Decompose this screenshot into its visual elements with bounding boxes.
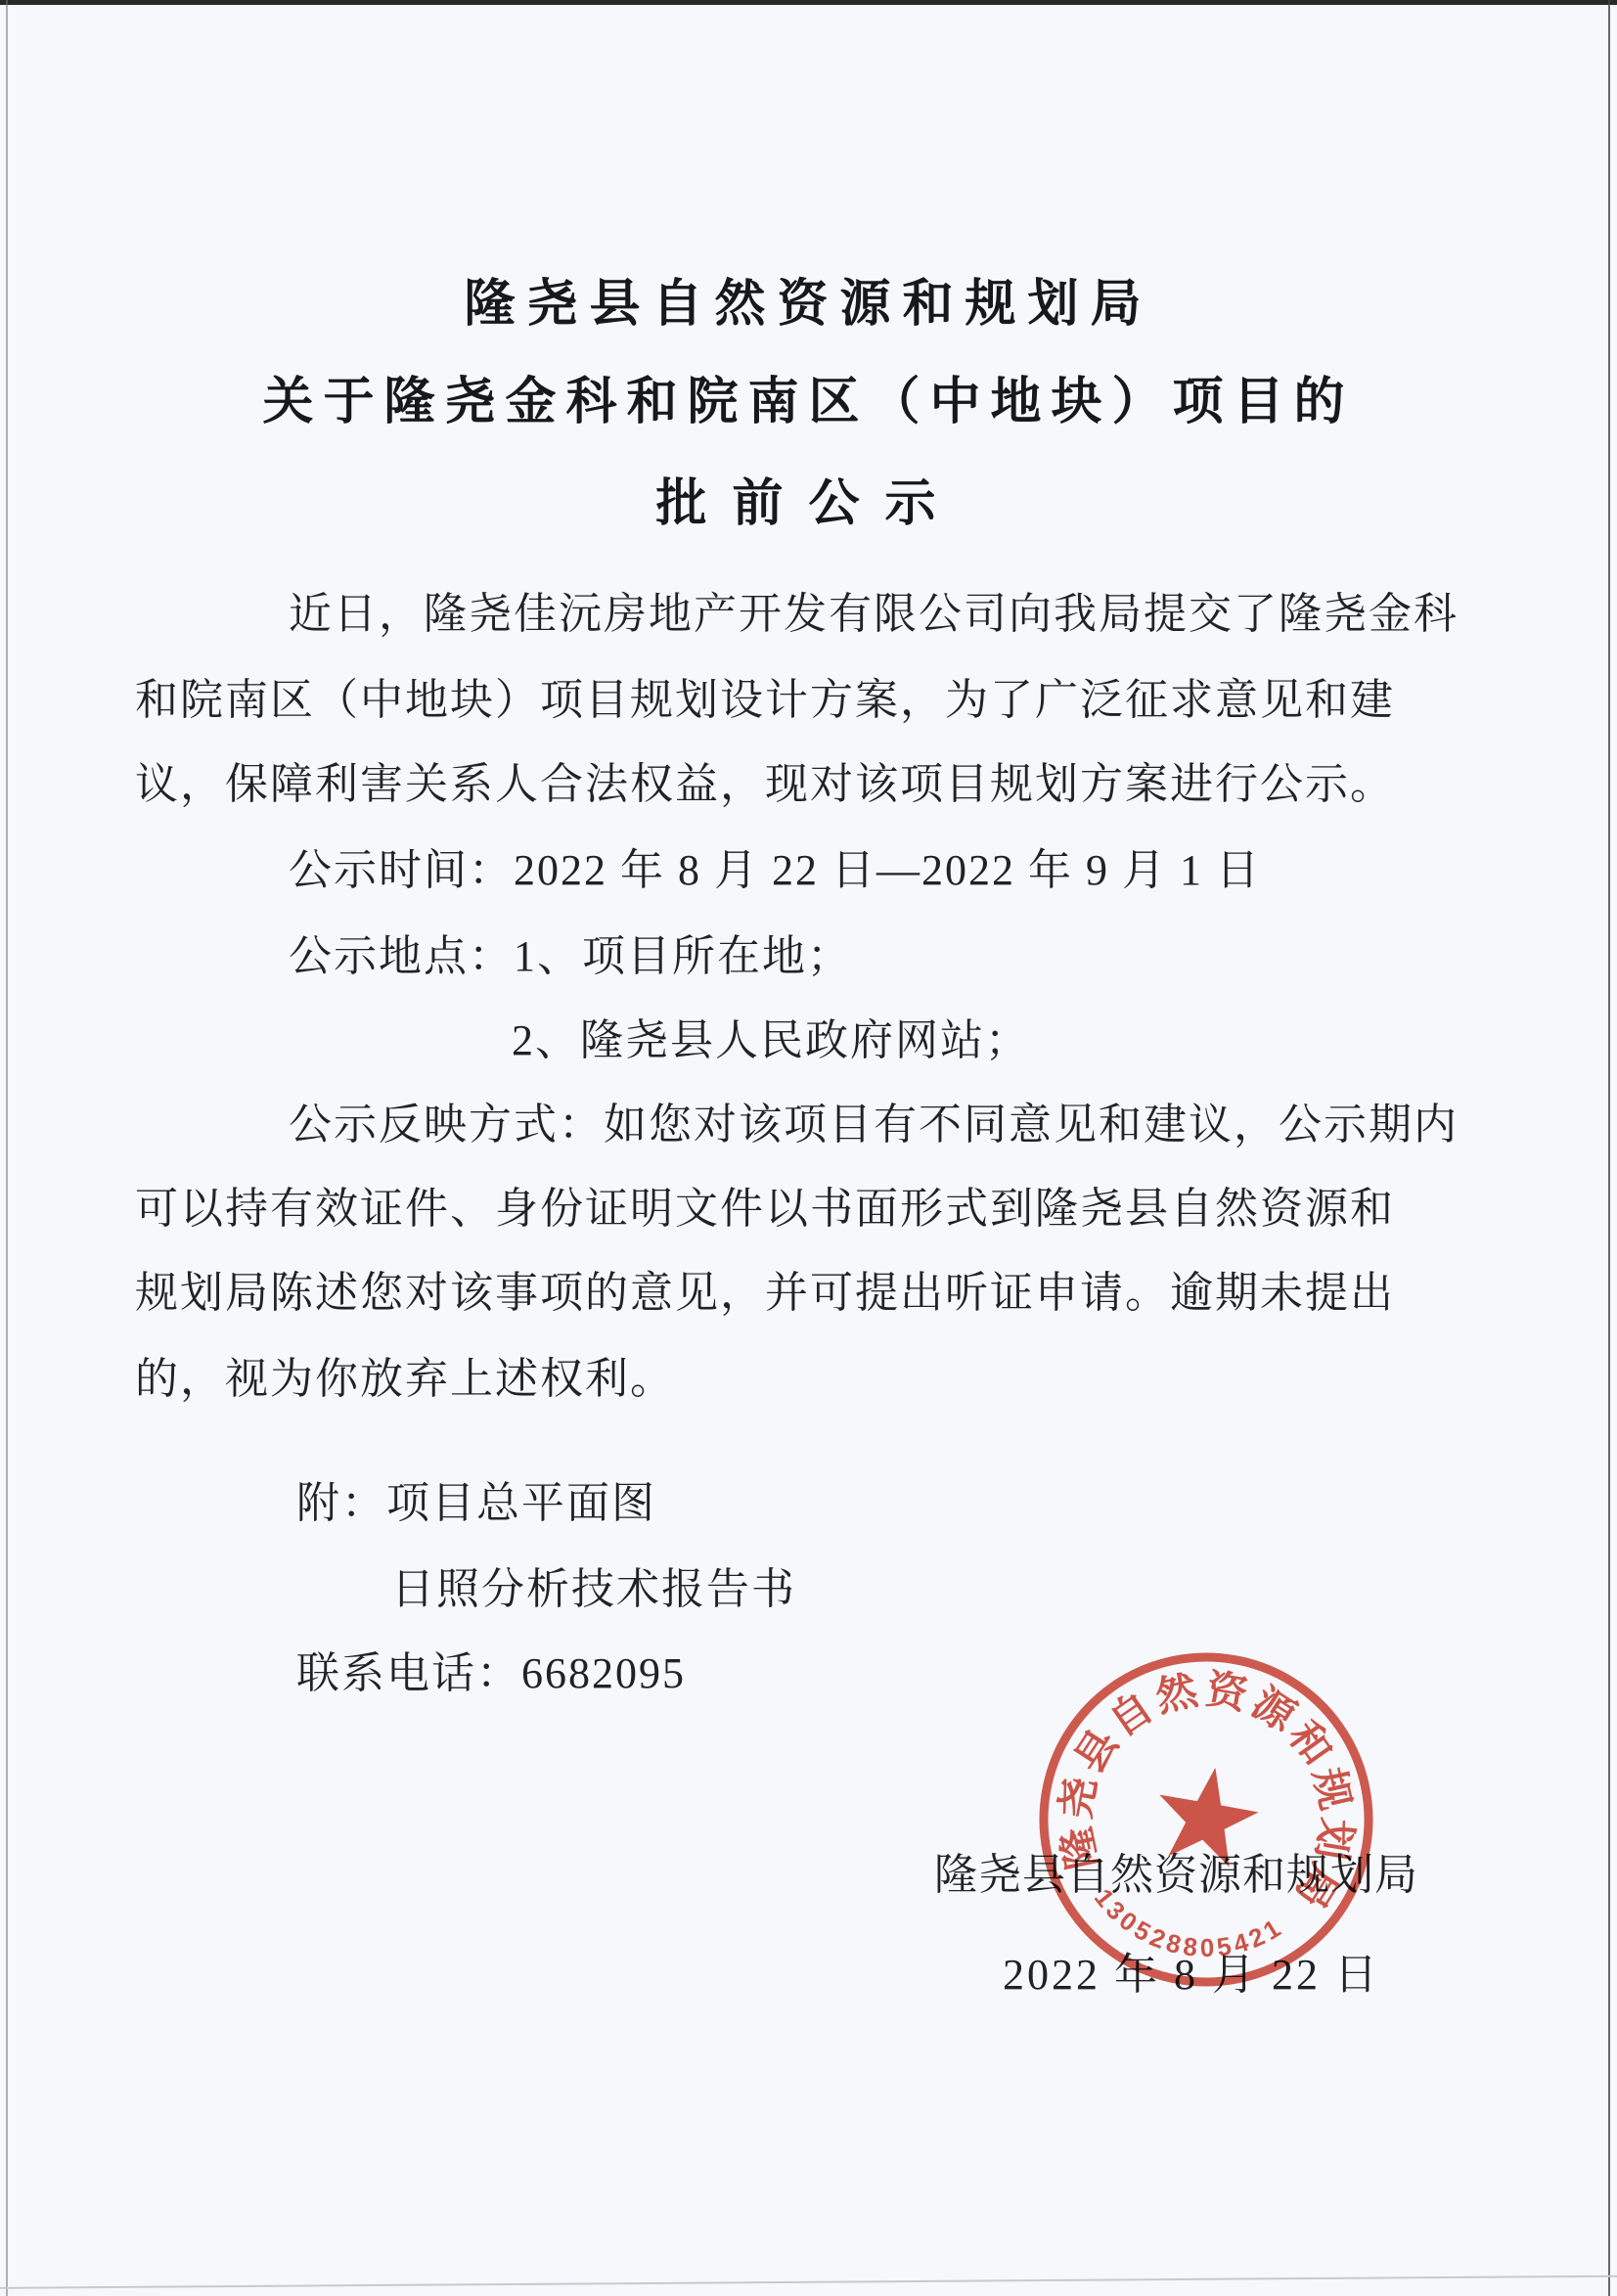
contact-phone-line: 联系电话：6682095 [296, 1638, 686, 1700]
scanned-notice-page: 隆尧县自然资源和规划局 关于隆尧金科和院南区（中地块）项目的 批前公示 近日，隆… [0, 0, 1617, 2296]
attachment-line1: 附：项目总平面图 [296, 1467, 656, 1530]
notice-title-type: 批前公示 [0, 462, 1617, 535]
para1-line2: 和院南区（中地块）项目规划设计方案，为了广泛征求意见和建 [135, 664, 1395, 727]
para2-line4: 的，视为你放弃上述权利。 [135, 1343, 675, 1406]
seal-star-icon [1149, 1759, 1265, 1870]
scan-edge-top [0, 0, 1617, 5]
para2-line3: 规划局陈述您对该事项的意见，并可提出听证申请。逾期未提出 [135, 1257, 1395, 1320]
seal-code-number: 130528805421 [1081, 1879, 1292, 1978]
publicity-location-line1: 公示地点：1、项目所在地； [289, 921, 852, 983]
seal-graphic: 隆尧县自然资源和规划局 130528805421 [1006, 1619, 1407, 2020]
para1-line1: 近日，隆尧佳沅房地产开发有限公司向我局提交了隆尧金科 [289, 578, 1459, 641]
scan-paper-edge-bottom [0, 2274, 1617, 2289]
para1-line3: 议，保障利害关系人合法权益，现对该项目规划方案进行公示。 [135, 748, 1395, 811]
scan-edge-left [6, 0, 8, 2296]
scan-edge-right [1608, 0, 1610, 2296]
publicity-location-line2: 2、隆尧县人民政府网站； [512, 1005, 1030, 1067]
para2-line1: 公示反映方式：如您对该项目有不同意见和建议，公示期内 [289, 1089, 1459, 1151]
svg-text:130528805421: 130528805421 [1081, 1879, 1292, 1978]
official-red-seal: 隆尧县自然资源和规划局 130528805421 [1006, 1619, 1407, 2020]
notice-title-subject: 关于隆尧金科和院南区（中地块）项目的 [0, 360, 1617, 433]
attachment-line2: 日照分析技术报告书 [391, 1553, 796, 1616]
publicity-time-line: 公示时间：2022 年 8 月 22 日—2022 年 9 月 1 日 [289, 834, 1261, 897]
para2-line2: 可以持有效证件、身份证明文件以书面形式到隆尧县自然资源和 [135, 1173, 1395, 1236]
notice-title-org: 隆尧县自然资源和规划局 [0, 262, 1617, 336]
